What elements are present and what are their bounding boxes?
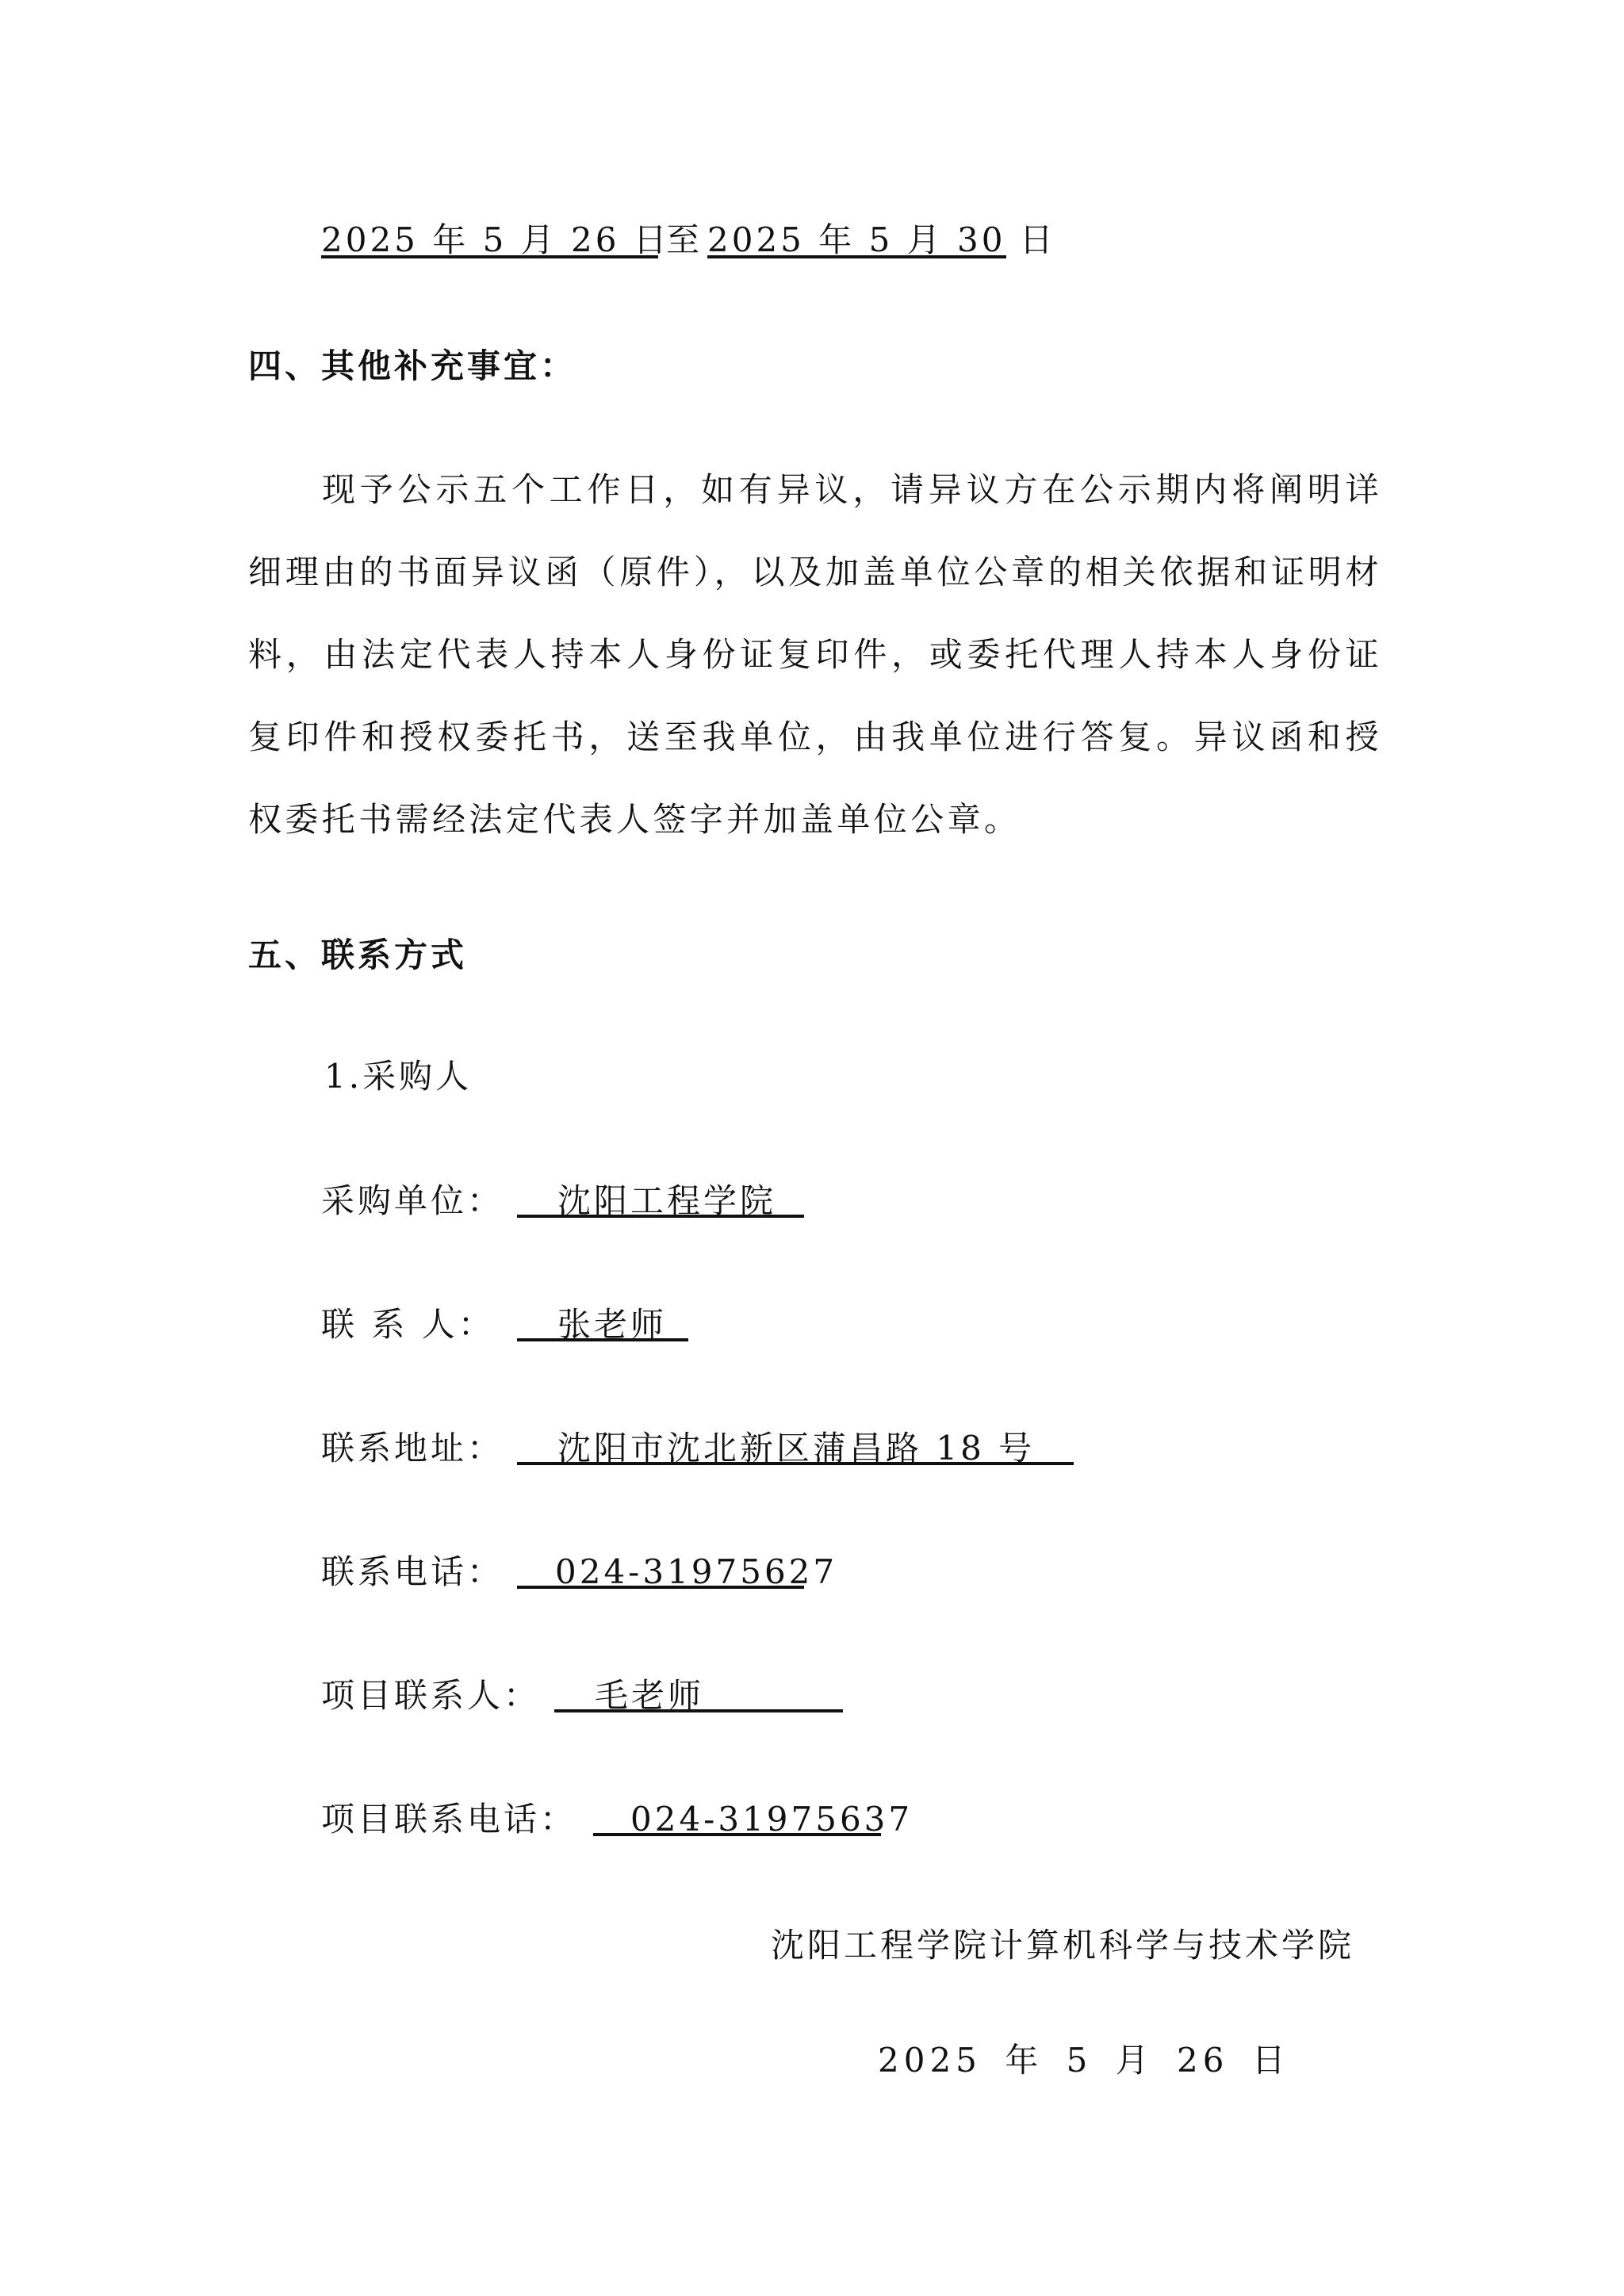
- field-underline: [517, 1586, 804, 1589]
- field-underline: [517, 1462, 1074, 1465]
- period-start-date: 2025 年 5 月 26 日: [321, 220, 670, 260]
- field-label: 项目联系电话：: [321, 1800, 576, 1839]
- field-underline: [517, 1215, 804, 1218]
- field-underline: [554, 1709, 843, 1712]
- purchaser-subheading: 1.采购人: [324, 1057, 472, 1096]
- signature-date: 2025 年 5 月 26 日: [878, 2041, 1290, 2080]
- field-label: 联系电话：: [321, 1552, 504, 1592]
- section4-heading: 四、其他补充事宜：: [248, 346, 576, 386]
- period-connector: 至: [666, 220, 703, 260]
- field-underline: [517, 1338, 688, 1341]
- period-end-date: 2025 年 5 月 30 日: [707, 220, 1056, 260]
- section4-paragraph: 现予公示五个工作日，如有异议，请异议方在公示期内将阐明详细理由的书面异议函（原件…: [248, 449, 1382, 861]
- period-end-underline: [707, 255, 1006, 258]
- field-label: 采购单位：: [321, 1181, 504, 1221]
- field-label: 项目联系人：: [321, 1676, 540, 1716]
- signature-organization: 沈阳工程学院计算机科学与技术学院: [771, 1926, 1354, 1965]
- field-label: 联 系 人：: [321, 1305, 495, 1345]
- field-underline: [593, 1833, 881, 1836]
- document-page: 2025 年 5 月 26 日 至 2025 年 5 月 30 日 四、其他补充…: [0, 0, 1624, 2296]
- field-label: 联系地址：: [321, 1429, 504, 1468]
- section5-heading: 五、联系方式: [248, 936, 467, 975]
- period-start-underline: [321, 255, 658, 258]
